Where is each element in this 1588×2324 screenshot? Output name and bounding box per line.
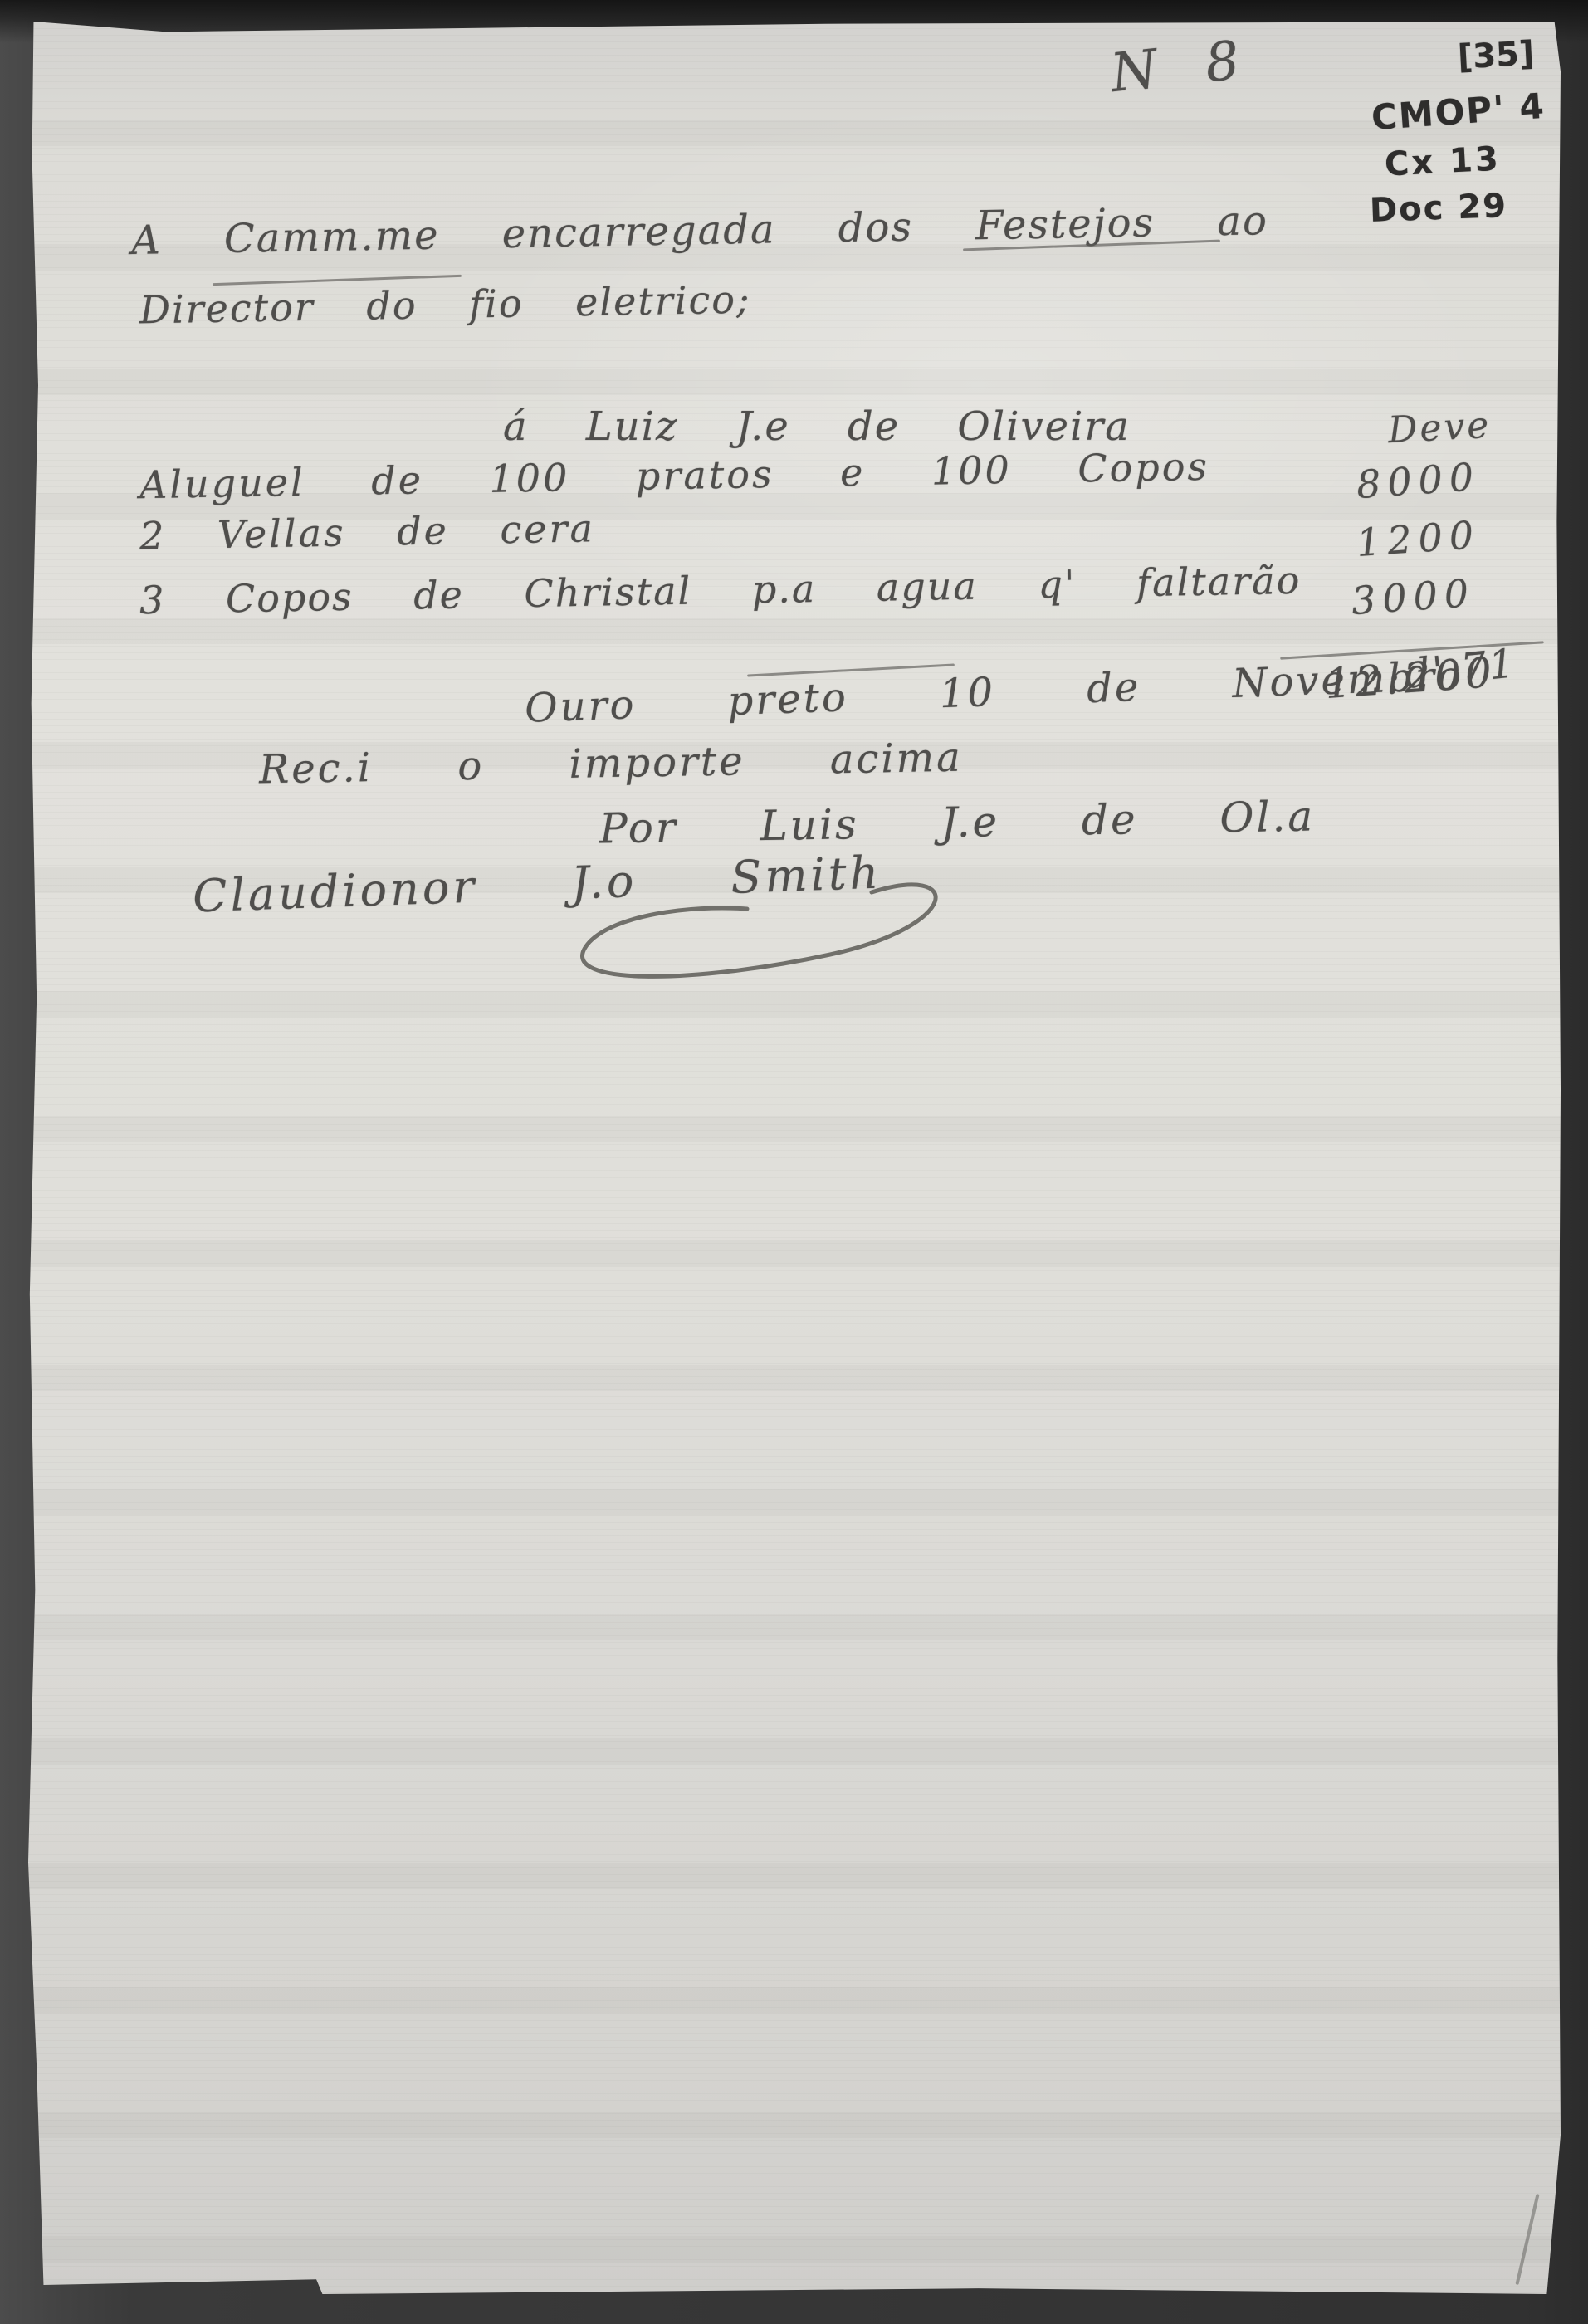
- document-page: [28, 22, 1561, 2294]
- signature-flourish: [498, 847, 963, 1004]
- debtor-line: á Luiz J.e de Oliveira: [503, 403, 1131, 450]
- deve-label: Deve: [1387, 404, 1493, 452]
- scanned-document-photo: N 8 [35] CMOP' 4 Cx 13 Doc 29 A Camm.me …: [0, 0, 1588, 2324]
- item-amount-2: 1200: [1355, 512, 1481, 565]
- archival-box-mark: Cx 13: [1384, 139, 1502, 183]
- archival-bracket-mark: [35]: [1457, 35, 1536, 77]
- item-description-2: 2 Vellas de cera: [139, 505, 596, 559]
- item-amount-3: 3000: [1350, 570, 1476, 623]
- archival-doc-mark: Doc 29: [1369, 187, 1507, 230]
- item-amount-1: 8000: [1355, 454, 1481, 507]
